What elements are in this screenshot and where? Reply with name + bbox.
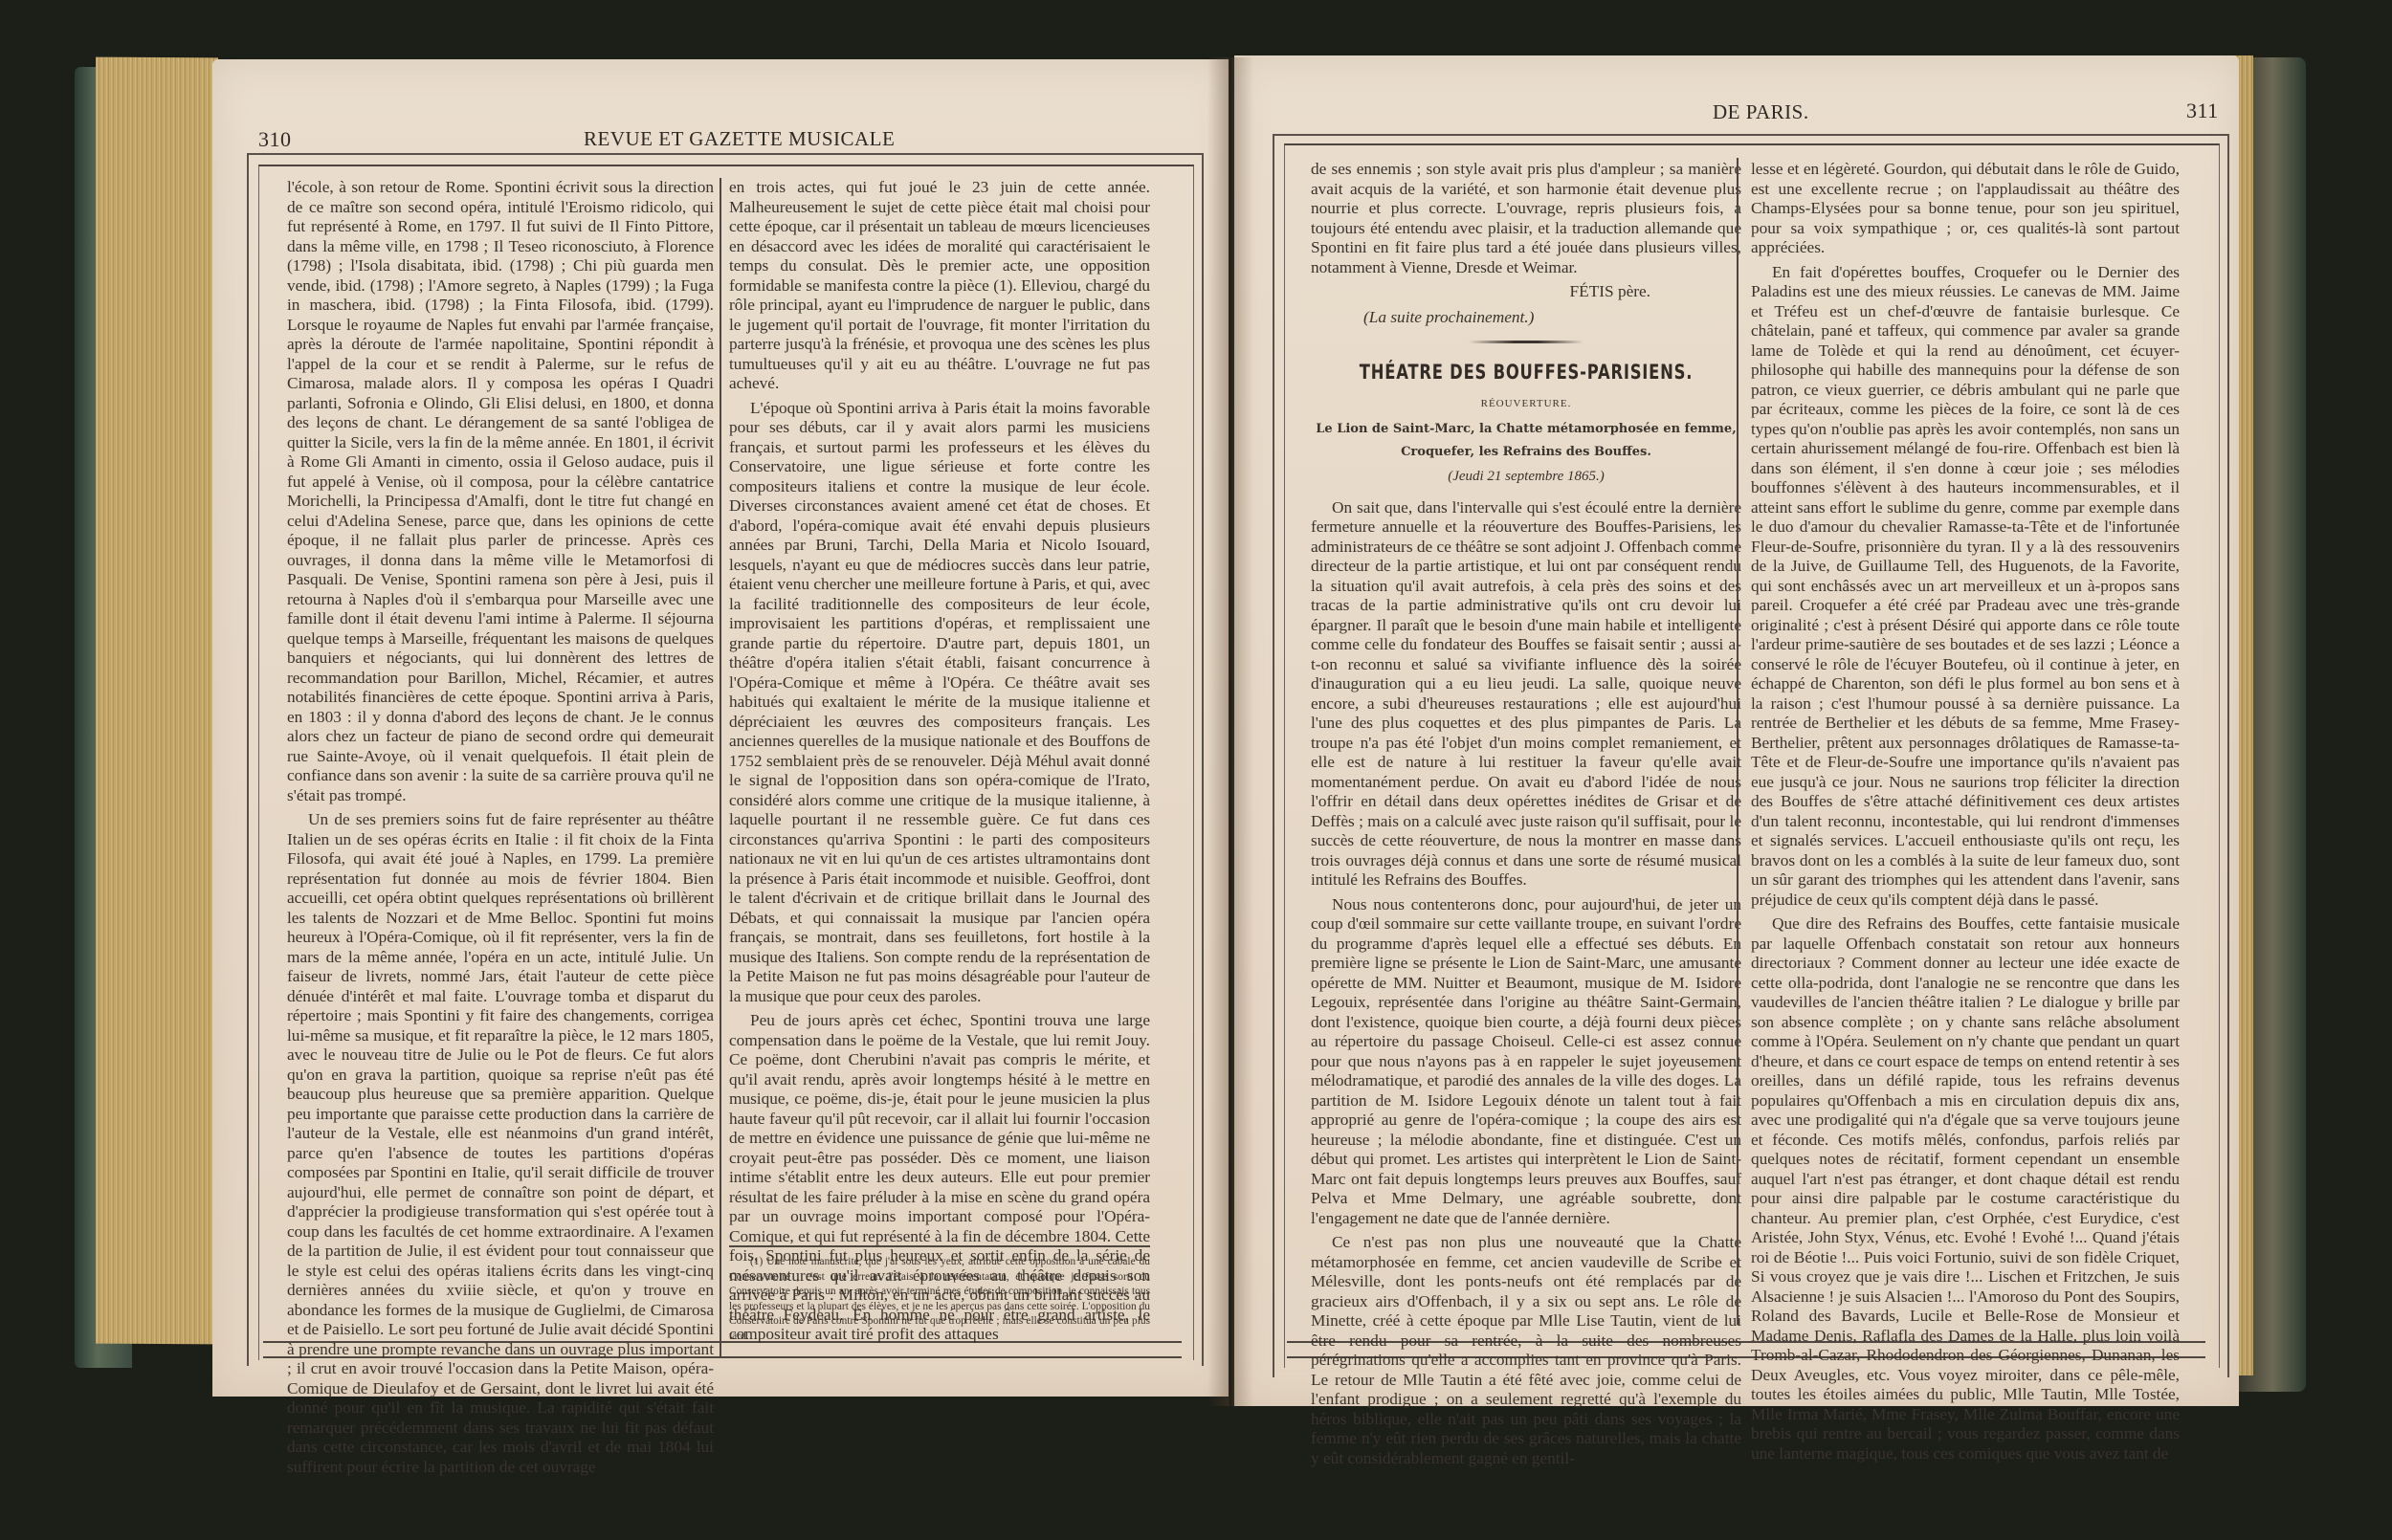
page-number-right: 311: [2186, 99, 2219, 123]
section-date: (Jeudi 21 septembre 1865.): [1311, 467, 1741, 487]
running-head-left: REVUE ET GAZETTE MUSICALE: [584, 127, 895, 151]
paragraph: en trois actes, qui fut joué le 23 juin …: [729, 178, 1150, 394]
paragraph: l'école, à son retour de Rome. Spontini …: [287, 178, 714, 805]
running-head-right: DE PARIS.: [1713, 100, 1809, 124]
left-page-column-2: en trois actes, qui fut joué le 23 juin …: [729, 178, 1150, 1350]
right-page-column-2: lesse et en légèreté. Gourdon, qui début…: [1751, 160, 2180, 1468]
paragraph: Que dire des Refrains des Bouffes, cette…: [1751, 914, 2180, 1463]
footnote: (1) Une note manuscrite, que j'ai sous l…: [729, 1255, 1150, 1350]
right-page-column-1: de ses ennemis ; son style avait pris pl…: [1311, 160, 1741, 1473]
section-divider-ornament: [1469, 341, 1584, 343]
paragraph: lesse et en légèreté. Gourdon, qui début…: [1751, 160, 2180, 258]
book-gutter: [1207, 57, 1253, 1406]
paragraph: Un de ses premiers soins fut de faire re…: [287, 810, 714, 1477]
section-subtitle: RÉOUVERTURE.: [1311, 394, 1741, 414]
footnote-rule: [729, 1245, 1150, 1247]
author-signature: FÉTIS père.: [1311, 282, 1741, 302]
page-number-left: 310: [258, 127, 292, 152]
paragraph: On sait que, dans l'intervalle qui s'est…: [1311, 498, 1741, 891]
paragraph: En fait d'opérettes bouffes, Croquefer o…: [1751, 263, 2180, 911]
paragraph: L'époque où Spontini arriva à Paris étai…: [729, 399, 1150, 1007]
section-plays-line-1: Le Lion de Saint-Marc, la Chatte métamor…: [1311, 421, 1741, 438]
paragraph: Nous nous contenterons donc, pour aujour…: [1311, 895, 1741, 1229]
footnote-text: (1) Une note manuscrite, que j'ai sous l…: [729, 1255, 1150, 1345]
to-be-continued-note: (La suite prochainement.): [1311, 308, 1741, 328]
left-page-column-1: l'école, à son retour de Rome. Spontini …: [287, 178, 714, 1482]
column-divider: [720, 178, 721, 1356]
paragraph: Ce n'est pas non plus une nouveauté que …: [1311, 1233, 1741, 1468]
column-divider: [1737, 158, 1739, 1325]
page-edges-left: [96, 57, 218, 1345]
section-plays-line-2: Croquefer, les Refrains des Bouffes.: [1311, 444, 1741, 461]
section-title: THÉATRE DES BOUFFES-PARISIENS.: [1359, 363, 1694, 383]
paragraph: de ses ennemis ; son style avait pris pl…: [1311, 160, 1741, 277]
